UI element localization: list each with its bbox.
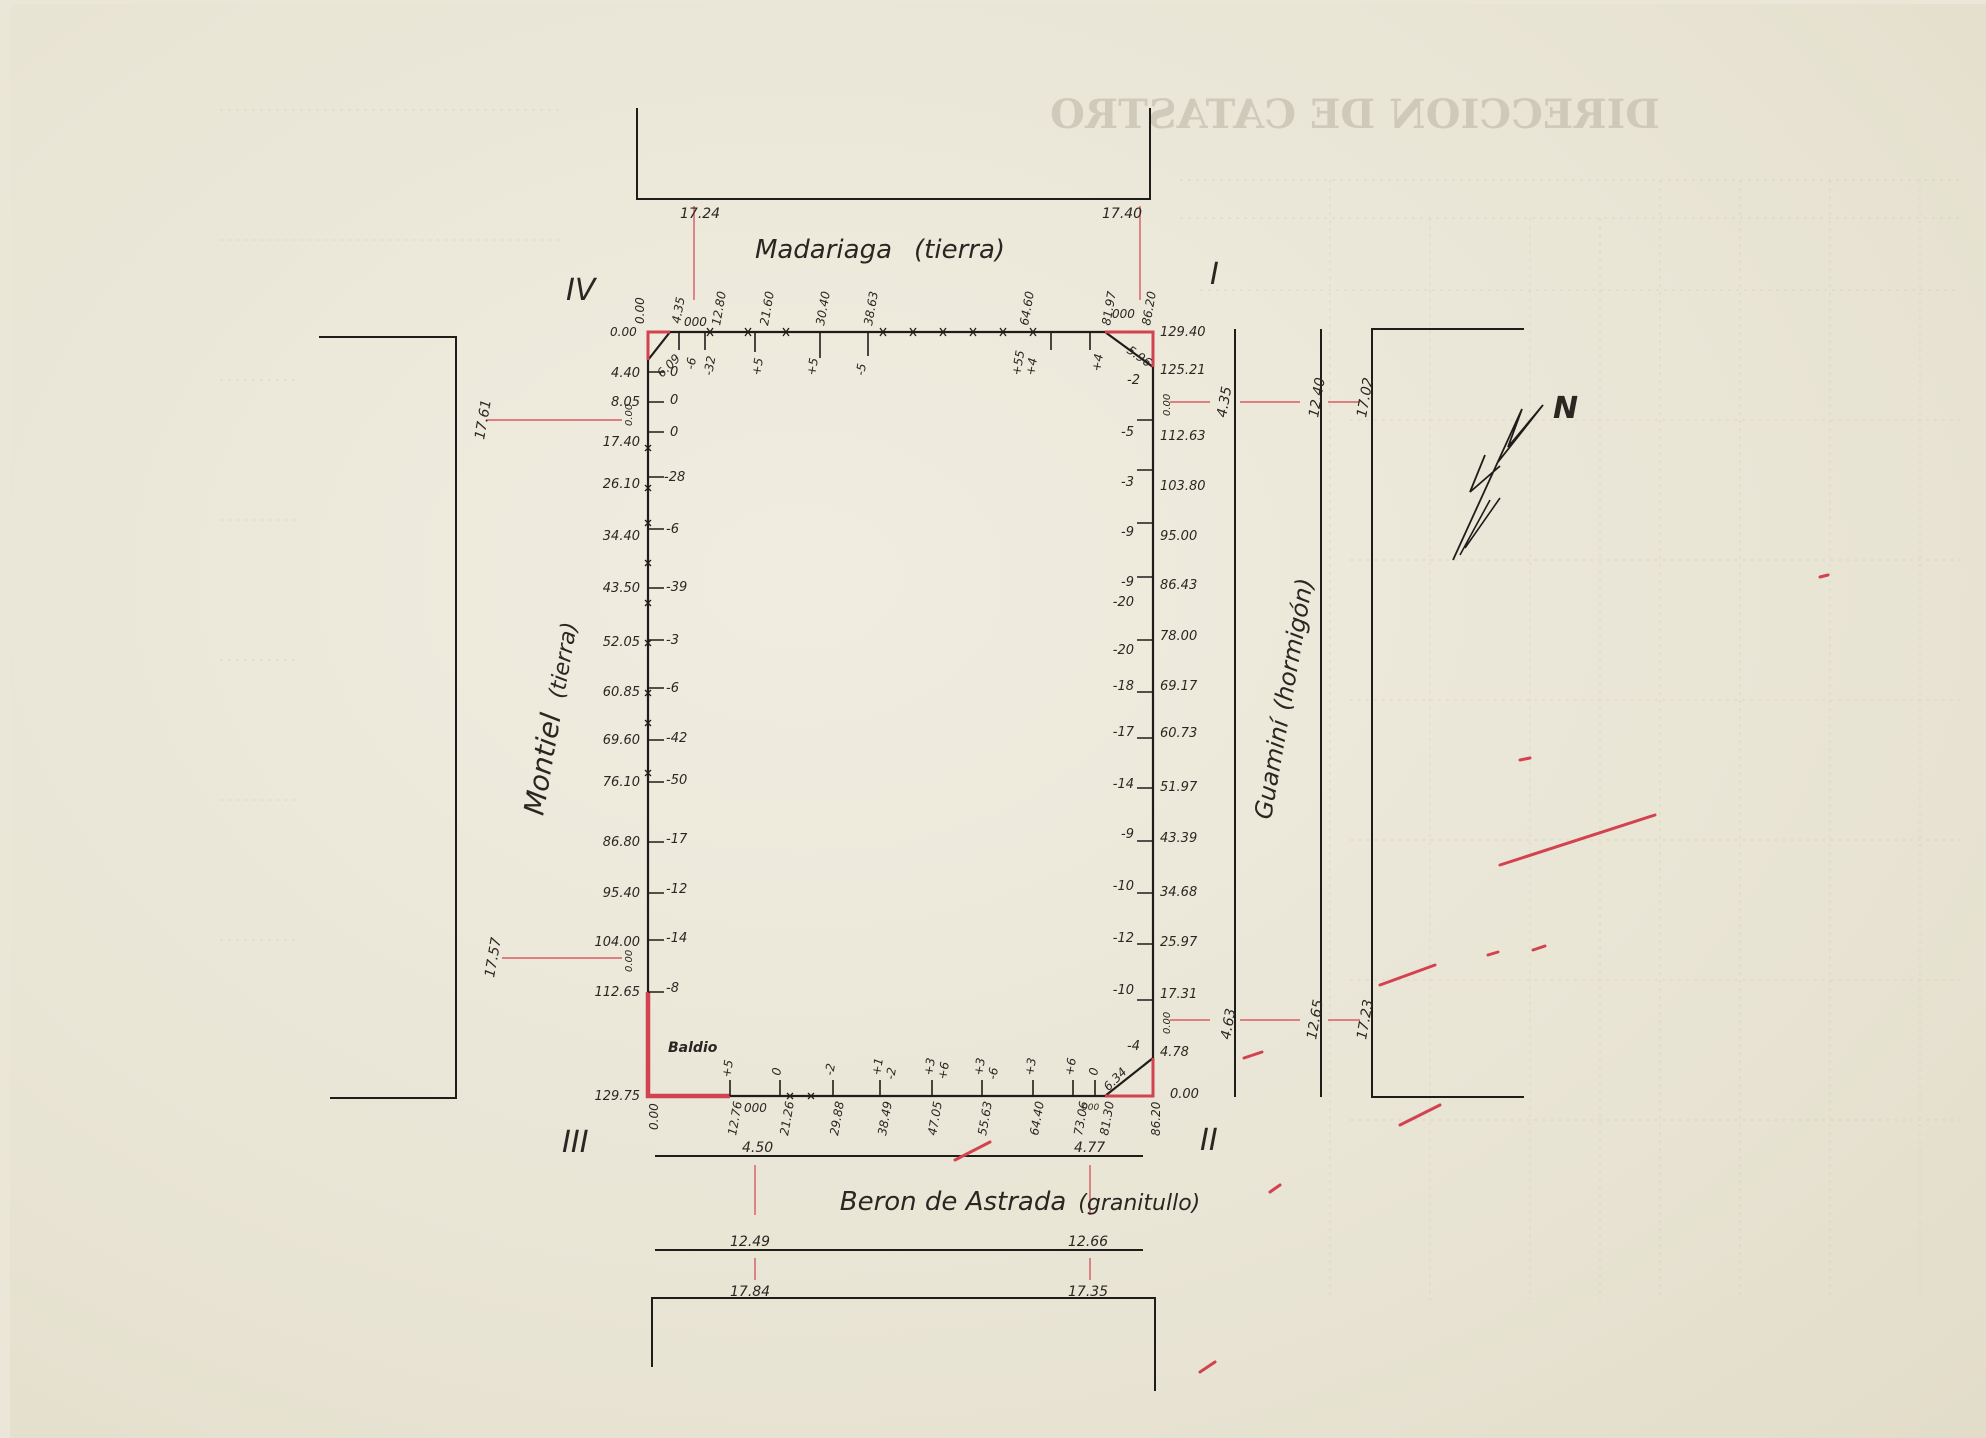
- offset: -28: [664, 470, 685, 485]
- zero-mark: 0.00: [1162, 394, 1173, 416]
- station: 129.40: [1160, 325, 1206, 340]
- corner-label-nw: IV: [566, 273, 598, 308]
- width-east-inner-north: 4.35: [1214, 385, 1235, 419]
- width-south-mid-east: 12.66: [1068, 1234, 1108, 1250]
- ink-stains: [955, 575, 1828, 1372]
- corner-label-se: II: [1200, 1123, 1218, 1158]
- station: 34.68: [1160, 885, 1197, 900]
- street-name-south: Beron de Astrada(granitullo): [840, 1187, 1201, 1217]
- station: 34.40: [603, 529, 640, 544]
- width-west-north: 17.61: [472, 398, 495, 440]
- zero-mark: 000: [684, 315, 707, 329]
- station: 30.40: [813, 290, 833, 327]
- station: 0.00: [647, 1103, 661, 1130]
- offset: -2: [1127, 373, 1140, 388]
- offset: -10: [1113, 983, 1134, 998]
- zero-mark: 0.00: [1162, 1012, 1173, 1034]
- station: 52.05: [603, 635, 640, 650]
- station: 95.00: [1160, 529, 1197, 544]
- zero-mark: 0.00: [624, 404, 635, 426]
- station: 4.78: [1160, 1045, 1189, 1060]
- offset: +3: [1022, 1057, 1039, 1077]
- station: 60.73: [1160, 726, 1197, 741]
- offset: -17: [666, 832, 688, 847]
- zero-mark: 000: [1112, 307, 1135, 321]
- offset: -3: [666, 633, 679, 648]
- station: 76.10: [603, 775, 640, 790]
- offset: -18: [1113, 679, 1134, 694]
- station: 69.60: [603, 733, 640, 748]
- street-widths: 17.24 17.40 17.61 17.57 4.35 4.63 12.40 …: [472, 206, 1377, 1300]
- offset: +5: [804, 357, 821, 377]
- offset: -50: [666, 773, 687, 788]
- parcel-label-baldio: Baldio: [668, 1040, 718, 1056]
- offset: +5: [719, 1059, 736, 1079]
- width-south-inner-west: 4.50: [742, 1140, 773, 1156]
- station: 86.80: [603, 835, 640, 850]
- width-west-south: 17.57: [482, 936, 505, 978]
- offset: -6: [683, 356, 699, 371]
- station: 0.00: [633, 297, 647, 324]
- offset: -4: [1127, 1039, 1140, 1054]
- station: 86.20: [1149, 1101, 1163, 1136]
- north-label: N: [1553, 391, 1578, 426]
- station: 112.63: [1160, 429, 1206, 444]
- station: 12.80: [709, 290, 729, 327]
- street-name-north: Madariaga(tierra): [755, 235, 1005, 265]
- station: 26.10: [603, 477, 640, 492]
- offset: -2: [822, 1062, 838, 1076]
- offset: -14: [1113, 777, 1134, 792]
- street-name-west: Montiel(tierra): [517, 619, 584, 818]
- station: 64.60: [1017, 290, 1037, 327]
- offset: -20: [1113, 595, 1134, 610]
- zero-mark: 0.00: [624, 950, 635, 972]
- offset: -14: [666, 931, 687, 946]
- station: 103.80: [1160, 479, 1206, 494]
- east-offsets: -2 -5 -3 -9 -9 -20 -20 -18 -17 -14 -9 -1…: [1101, 373, 1140, 1094]
- station: 81.30: [1097, 1100, 1117, 1137]
- width-north-east: 17.40: [1102, 206, 1142, 222]
- width-east-outer-south: 17.23: [1354, 998, 1377, 1040]
- scanned-survey-sheet: DIRECCION DE CATASTRO: [0, 0, 1986, 1438]
- offset: -9: [1121, 827, 1134, 842]
- survey-drawing: DIRECCION DE CATASTRO: [0, 0, 1986, 1438]
- offset: 0: [670, 425, 678, 440]
- offset: -32: [701, 355, 718, 377]
- offset: -20: [1113, 643, 1134, 658]
- station: 38.49: [875, 1100, 895, 1136]
- offset: -39: [666, 580, 687, 595]
- station: 51.97: [1160, 780, 1198, 795]
- zero-mark: 000: [1082, 1103, 1099, 1113]
- offset: -6: [666, 522, 679, 537]
- station: 17.40: [603, 435, 640, 450]
- station: 25.97: [1160, 935, 1198, 950]
- offset: +6: [1062, 1056, 1079, 1076]
- station: 47.05: [925, 1100, 945, 1136]
- station: 112.65: [595, 985, 641, 1000]
- offset: -10: [1113, 879, 1134, 894]
- offset: -5: [853, 362, 869, 376]
- zero-mark: 000: [744, 1101, 767, 1115]
- station: 38.63: [861, 290, 881, 326]
- station: 86.20: [1139, 290, 1159, 327]
- station: 12.76: [725, 1100, 745, 1137]
- offset: 0: [670, 365, 678, 380]
- width-east-outer-north: 17.02: [1354, 376, 1377, 418]
- corner-label-sw: III: [562, 1125, 589, 1160]
- offset: -2: [883, 1066, 899, 1080]
- offset: 0: [670, 393, 678, 408]
- width-south-outer-west: 17.84: [730, 1284, 770, 1300]
- offset-ticks: [648, 332, 1153, 1096]
- chamfer-length: 6.09: [654, 351, 683, 380]
- offset: -17: [1113, 725, 1135, 740]
- offset: -6: [985, 1066, 1001, 1081]
- offset: -5: [1121, 425, 1134, 440]
- width-east-mid-north: 12.40: [1306, 376, 1329, 418]
- width-east-mid-south: 12.65: [1304, 998, 1327, 1040]
- station: 104.00: [595, 935, 641, 950]
- station: 125.21: [1160, 363, 1206, 378]
- station: 64.40: [1027, 1100, 1047, 1137]
- station: 0.00: [1170, 1087, 1199, 1102]
- station: 55.63: [975, 1100, 995, 1136]
- station: 29.88: [827, 1100, 847, 1137]
- offset: +5: [749, 357, 766, 377]
- station: 129.75: [595, 1089, 641, 1104]
- station: 69.17: [1160, 679, 1198, 694]
- east-stations: 129.40 125.21 112.63 103.80 95.00 86.43 …: [1160, 325, 1206, 1102]
- north-arrow-icon: N: [1453, 391, 1578, 560]
- station: 60.85: [603, 685, 640, 700]
- west-offsets: 0 0 0 -28 -6 -39 -3 -6 -42 -50 -17 -12 -…: [624, 365, 718, 1056]
- block-outline: [645, 328, 1153, 1099]
- offset: -12: [1113, 931, 1134, 946]
- station: 21.26: [777, 1100, 797, 1137]
- offset: -12: [666, 882, 687, 897]
- offset: +6: [935, 1060, 952, 1080]
- bleed-through: DIRECCION DE CATASTRO: [220, 91, 1960, 1300]
- offset: -9: [1121, 575, 1134, 590]
- west-stations: 4.40 8.05 17.40 26.10 34.40 43.50 52.05 …: [595, 366, 641, 1104]
- street-name-east: Guaminí(hormigón): [1249, 576, 1319, 821]
- offset: -6: [666, 681, 679, 696]
- station: 17.31: [1160, 987, 1197, 1002]
- station: 43.50: [603, 581, 640, 596]
- offset: 0: [769, 1066, 784, 1076]
- station: 21.60: [757, 290, 777, 327]
- width-east-inner-south: 4.63: [1218, 1007, 1239, 1040]
- station: 86.43: [1160, 578, 1197, 593]
- corner-label-ne: I: [1210, 257, 1219, 292]
- station: 78.00: [1160, 629, 1197, 644]
- offset: -42: [666, 731, 687, 746]
- offset: +4: [1089, 353, 1106, 373]
- bleed-header: DIRECCION DE CATASTRO: [1050, 91, 1660, 138]
- nw-start: 0.00: [610, 325, 637, 339]
- offset: -8: [666, 981, 679, 996]
- offset: +4: [1023, 357, 1040, 377]
- width-south-mid-west: 12.49: [730, 1234, 770, 1250]
- width-north-west: 17.24: [680, 206, 720, 222]
- station: 95.40: [603, 886, 640, 901]
- offset: 0: [1086, 1066, 1101, 1076]
- offset: -3: [1121, 475, 1134, 490]
- width-south-inner-east: 4.77: [1074, 1140, 1105, 1156]
- width-south-outer-east: 17.35: [1068, 1284, 1108, 1300]
- station: 4.40: [611, 366, 640, 381]
- offset: -9: [1121, 525, 1134, 540]
- station: 43.39: [1160, 831, 1197, 846]
